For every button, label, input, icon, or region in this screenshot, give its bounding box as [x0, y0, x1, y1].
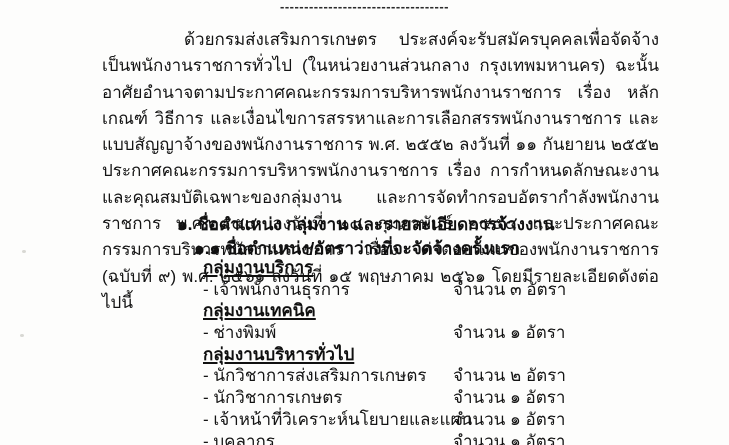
list-item: - เจ้าพนักงานธุรการ จำนวน ๓ อัตรา	[203, 279, 673, 301]
job-group-technical-heading: กลุ่มงานเทคนิค	[203, 300, 673, 322]
job-position-label: - นักวิชาการส่งเสริมการเกษตร	[203, 365, 453, 387]
job-position-label: - ช่างพิมพ์	[203, 322, 453, 344]
job-position-label: - นักวิชาการเกษตร	[203, 387, 453, 409]
list-item: - นักวิชาการเกษตร จำนวน ๑ อัตรา	[203, 387, 673, 409]
job-position-count: จำนวน ๑ อัตรา	[453, 431, 565, 445]
list-item: - เจ้าหน้าที่วิเคราะห์นโยบายและแผน จำนวน…	[203, 409, 673, 431]
list-item: - นักวิชาการส่งเสริมการเกษตร จำนวน ๒ อัต…	[203, 365, 673, 387]
job-position-label: - บุคลากร	[203, 431, 453, 445]
job-group-service-heading: กลุ่มงานบริการ	[203, 257, 673, 279]
scan-speck	[22, 250, 26, 253]
dashed-separator-line: -----------------------------------	[0, 0, 729, 14]
announcement-document-page: ----------------------------------- ด้วย…	[0, 0, 729, 445]
job-position-count: จำนวน ๓ อัตรา	[453, 279, 566, 301]
job-position-count: จำนวน ๑ อัตรา	[453, 387, 565, 409]
job-position-count: จำนวน ๒ อัตรา	[453, 365, 566, 387]
section-1-heading: ๑. ชื่อตำแหน่ง กลุ่มงาน และรายละเอียดการ…	[177, 211, 554, 238]
list-item: - บุคลากร จำนวน ๑ อัตรา	[203, 431, 673, 445]
job-position-label: - เจ้าหน้าที่วิเคราะห์นโยบายและแผน	[203, 409, 453, 431]
job-vacancy-list: กลุ่มงานบริการ - เจ้าพนักงานธุรการ จำนวน…	[203, 257, 673, 445]
scan-speck	[20, 334, 24, 337]
list-item: - ช่างพิมพ์ จำนวน ๑ อัตรา	[203, 322, 673, 344]
job-position-count: จำนวน ๑ อัตรา	[453, 409, 565, 431]
job-position-count: จำนวน ๑ อัตรา	[453, 322, 565, 344]
job-position-label: - เจ้าพนักงานธุรการ	[203, 279, 453, 301]
job-group-general-admin-heading: กลุ่มงานบริหารทั่วไป	[203, 344, 673, 366]
